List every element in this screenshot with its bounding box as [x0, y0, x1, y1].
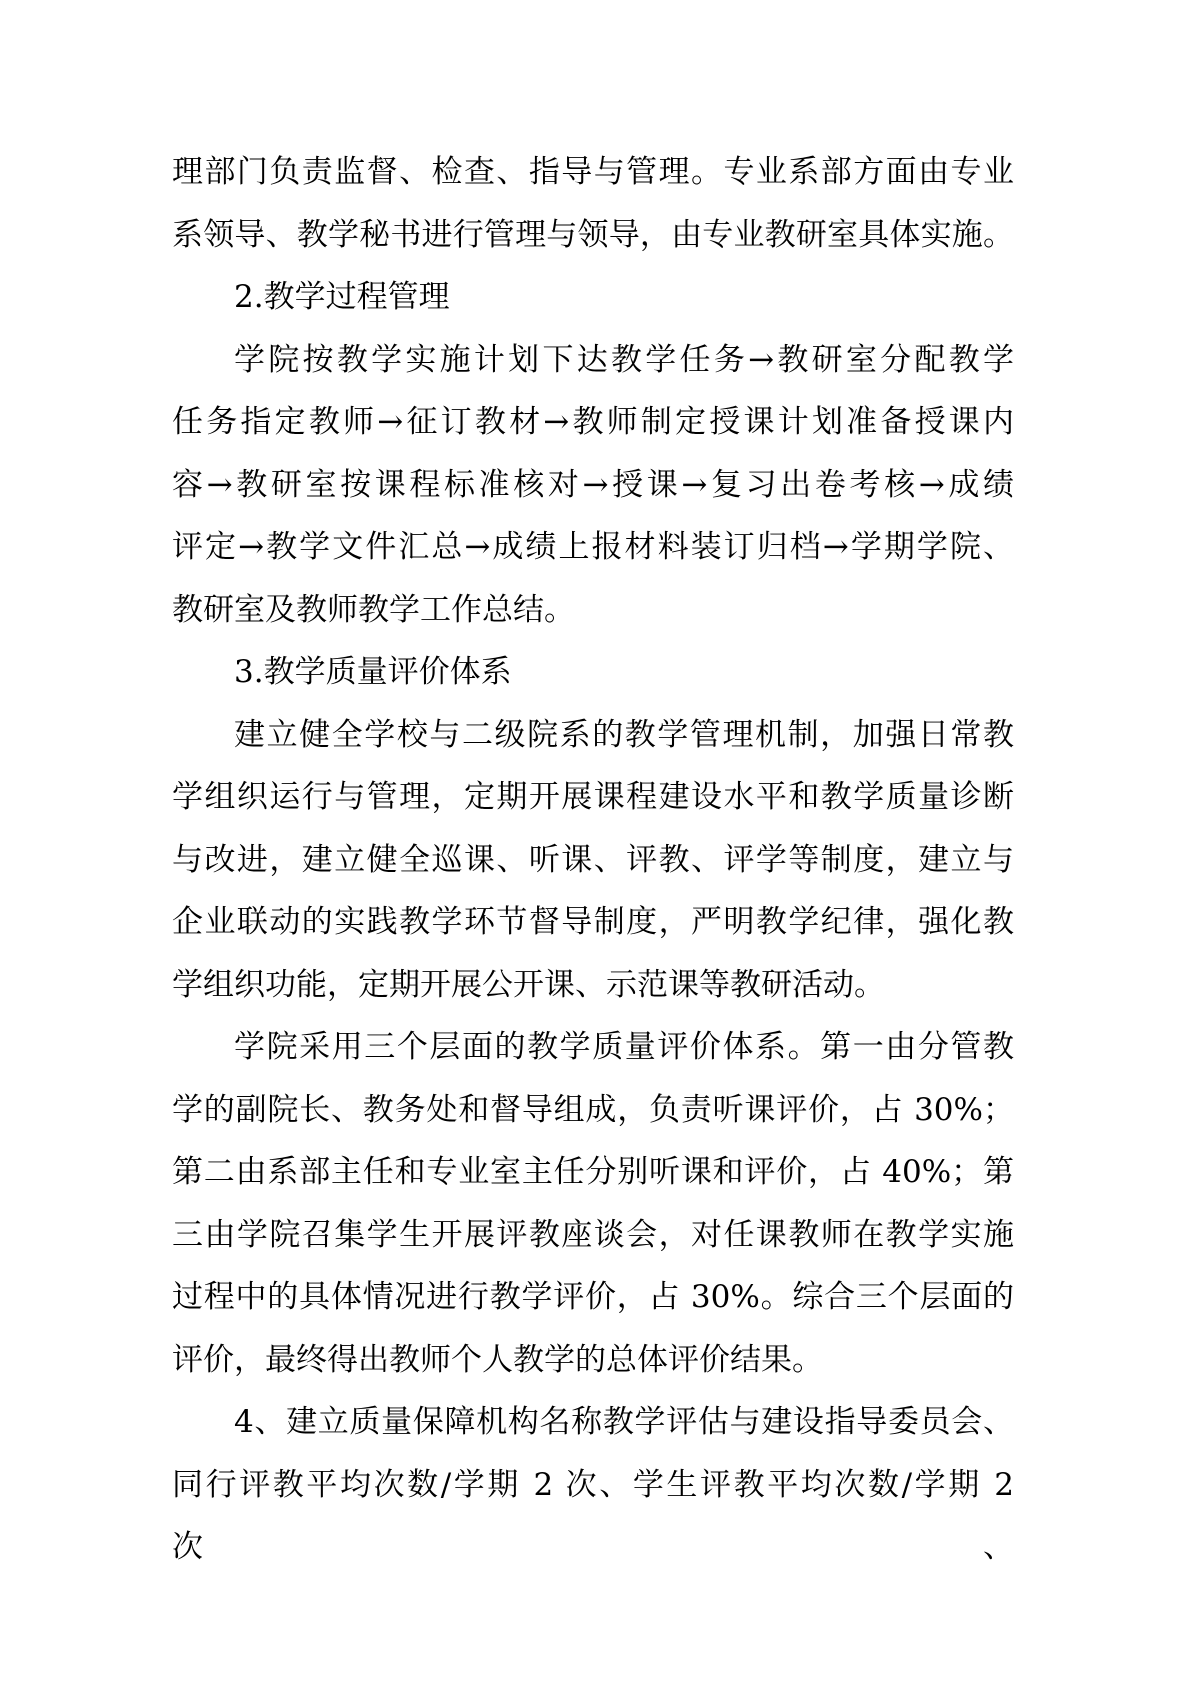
text-line: 与改进，建立健全巡课、听课、评教、评学等制度，建立与 [172, 829, 1014, 892]
paragraph-quality-assurance-organization: 4、建立质量保障机构名称教学评估与建设指导委员会、同行评教平均次数/学期 2 次… [172, 1391, 1014, 1516]
text-line: 评价，最终得出教师个人教学的总体评价结果。 [172, 1329, 1014, 1392]
text-line: 学的副院长、教务处和督导组成，负责听课评价，占 30%； [172, 1079, 1014, 1142]
text-line: 同行评教平均次数/学期 2 次、学生评教平均次数/学期 2 次、 [172, 1454, 1014, 1517]
text-line: 学院按教学实施计划下达教学任务→教研室分配教学 [172, 329, 1014, 392]
text-line: 教研室及教师教学工作总结。 [172, 579, 1014, 642]
text-line: 评定→教学文件汇总→成绩上报材料装订归档→学期学院、 [172, 516, 1014, 579]
text-line: 系领导、教学秘书进行管理与领导，由专业教研室具体实施。 [172, 204, 1014, 267]
text-line: 3.教学质量评价体系 [172, 641, 1014, 704]
text-line: 学院采用三个层面的教学质量评价体系。第一由分管教 [172, 1016, 1014, 1079]
text-line: 企业联动的实践教学环节督导制度，严明教学纪律，强化教 [172, 891, 1014, 954]
text-line: 4、建立质量保障机构名称教学评估与建设指导委员会、 [172, 1391, 1014, 1454]
paragraph-teaching-process-flow: 学院按教学实施计划下达教学任务→教研室分配教学任务指定教师→征订教材→教师制定授… [172, 329, 1014, 642]
paragraph-quality-mechanism: 建立健全学校与二级院系的教学管理机制，加强日常教学组织运行与管理，定期开展课程建… [172, 704, 1014, 1017]
text-line: 2.教学过程管理 [172, 266, 1014, 329]
text-line: 学组织功能，定期开展公开课、示范课等教研活动。 [172, 954, 1014, 1017]
document-body: 理部门负责监督、检查、指导与管理。专业系部方面由专业系领导、教学秘书进行管理与领… [172, 141, 1014, 1516]
document-page: 理部门负责监督、检查、指导与管理。专业系部方面由专业系领导、教学秘书进行管理与领… [0, 0, 1191, 1684]
paragraph-three-level-evaluation: 学院采用三个层面的教学质量评价体系。第一由分管教学的副院长、教务处和督导组成，负… [172, 1016, 1014, 1391]
text-line: 容→教研室按课程标准核对→授课→复习出卷考核→成绩 [172, 454, 1014, 517]
text-line: 第二由系部主任和专业室主任分别听课和评价，占 40%；第 [172, 1141, 1014, 1204]
text-line: 建立健全学校与二级院系的教学管理机制，加强日常教 [172, 704, 1014, 767]
text-line: 过程中的具体情况进行教学评价，占 30%。综合三个层面的 [172, 1266, 1014, 1329]
text-line: 任务指定教师→征订教材→教师制定授课计划准备授课内 [172, 391, 1014, 454]
text-line: 学组织运行与管理，定期开展课程建设水平和教学质量诊断 [172, 766, 1014, 829]
text-line: 三由学院召集学生开展评教座谈会，对任课教师在教学实施 [172, 1204, 1014, 1267]
heading-teaching-quality-evaluation-system: 3.教学质量评价体系 [172, 641, 1014, 704]
text-line: 理部门负责监督、检查、指导与管理。专业系部方面由专业 [172, 141, 1014, 204]
heading-teaching-process-management: 2.教学过程管理 [172, 266, 1014, 329]
paragraph-management-responsibility: 理部门负责监督、检查、指导与管理。专业系部方面由专业系领导、教学秘书进行管理与领… [172, 141, 1014, 266]
